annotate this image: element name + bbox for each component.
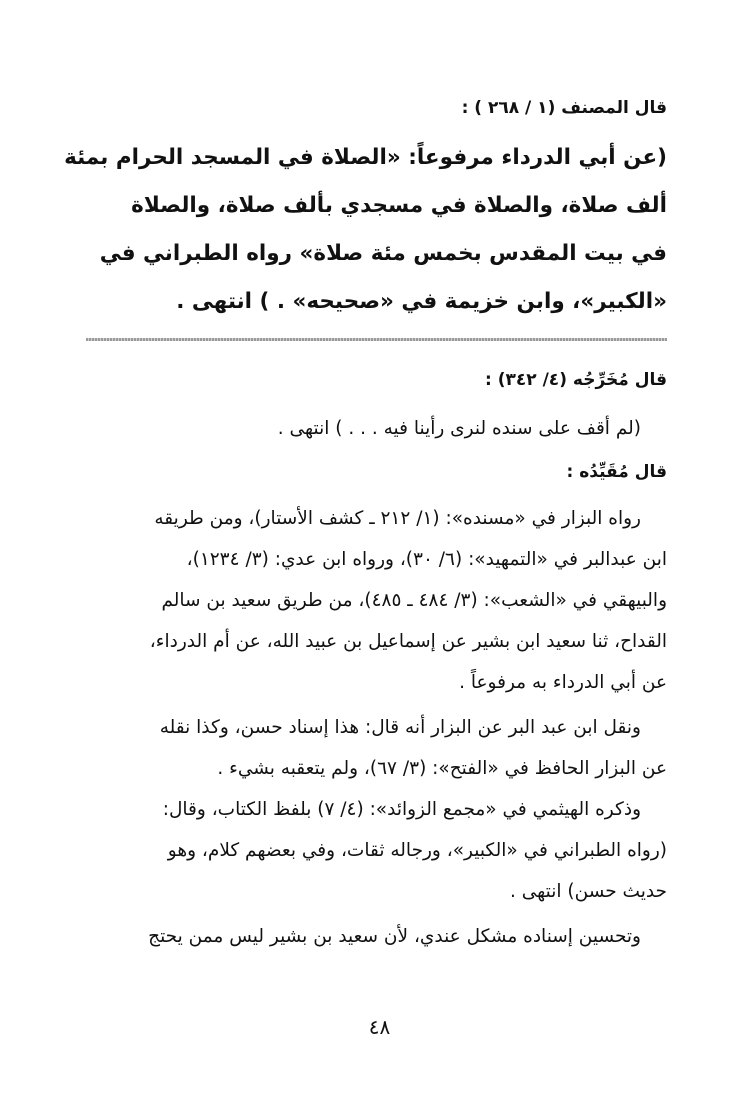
text-line: حديث حسن) انتهى . bbox=[92, 871, 667, 912]
author-heading-label: قال المصنف bbox=[561, 98, 667, 118]
text-line: والبيهقي في «الشعب»: (٣/ ٤٨٤ ـ ٤٨٥)، من … bbox=[92, 580, 667, 621]
author-heading: قال المصنف (١ / ٢٦٨ ) : bbox=[462, 96, 667, 120]
mukharrij-heading-label: قال مُخَرِّجُه bbox=[573, 370, 667, 390]
text-line: عن أبي الدرداء به مرفوعاً . bbox=[92, 662, 667, 703]
quote-line: ألف صلاة، والصلاة في مسجدي بألف صلاة، وا… bbox=[92, 182, 667, 230]
text-line: ابن عبدالبر في «التمهيد»: (٦/ ٣٠)، ورواه… bbox=[92, 539, 667, 580]
page-number: ٤٨ bbox=[92, 1012, 667, 1042]
muqayyid-heading-label: قال مُقَيِّدُه : bbox=[567, 462, 667, 482]
paragraph: ونقل ابن عبد البر عن البزار أنه قال: هذا… bbox=[92, 707, 667, 789]
text-line: وذكره الهيثمي في «مجمع الزوائد»: (٤/ ٧) … bbox=[92, 789, 667, 830]
text-line: عن البزار الحافظ في «الفتح»: (٣/ ٦٧)، ول… bbox=[92, 748, 667, 789]
muqayyid-commentary: رواه البزار في «مسنده»: (١/ ٢١٢ ـ كشف ال… bbox=[92, 498, 667, 957]
text-line: (رواه الطبراني في «الكبير»، ورجاله ثقات،… bbox=[92, 830, 667, 871]
book-page: قال المصنف (١ / ٢٦٨ ) : (عن أبي الدرداء … bbox=[92, 0, 667, 1110]
muqayyid-heading: قال مُقَيِّدُه : bbox=[567, 460, 667, 484]
section-divider bbox=[86, 338, 667, 341]
paragraph: رواه البزار في «مسنده»: (١/ ٢١٢ ـ كشف ال… bbox=[92, 498, 667, 703]
text-line: رواه البزار في «مسنده»: (١/ ٢١٢ ـ كشف ال… bbox=[92, 498, 667, 539]
paragraph: وتحسين إسناده مشكل عندي، لأن سعيد بن بشي… bbox=[92, 916, 667, 957]
author-heading-reference: (١ / ٢٦٨ ) : bbox=[462, 98, 556, 118]
mukharrij-quote-line: (لم أقف على سنده لنرى رأينا فيه . . . ) … bbox=[92, 408, 667, 449]
quote-line: (عن أبي الدرداء مرفوعاً: «الصلاة في المس… bbox=[92, 134, 667, 182]
mukharrij-heading-reference: (٤/ ٣٤٢) : bbox=[485, 370, 567, 390]
text-line: وتحسين إسناده مشكل عندي، لأن سعيد بن بشي… bbox=[92, 916, 667, 957]
text-line: القداح، ثنا سعيد ابن بشير عن إسماعيل بن … bbox=[92, 621, 667, 662]
author-quote: (عن أبي الدرداء مرفوعاً: «الصلاة في المس… bbox=[92, 134, 667, 326]
paragraph: وذكره الهيثمي في «مجمع الزوائد»: (٤/ ٧) … bbox=[92, 789, 667, 912]
mukharrij-quote: (لم أقف على سنده لنرى رأينا فيه . . . ) … bbox=[92, 408, 667, 449]
mukharrij-heading: قال مُخَرِّجُه (٤/ ٣٤٢) : bbox=[485, 368, 667, 392]
quote-line: في بيت المقدس بخمس مئة صلاة» رواه الطبرا… bbox=[92, 230, 667, 278]
text-line: ونقل ابن عبد البر عن البزار أنه قال: هذا… bbox=[92, 707, 667, 748]
quote-line: «الكبير»، وابن خزيمة في «صحيحه» . ) انته… bbox=[92, 278, 667, 326]
